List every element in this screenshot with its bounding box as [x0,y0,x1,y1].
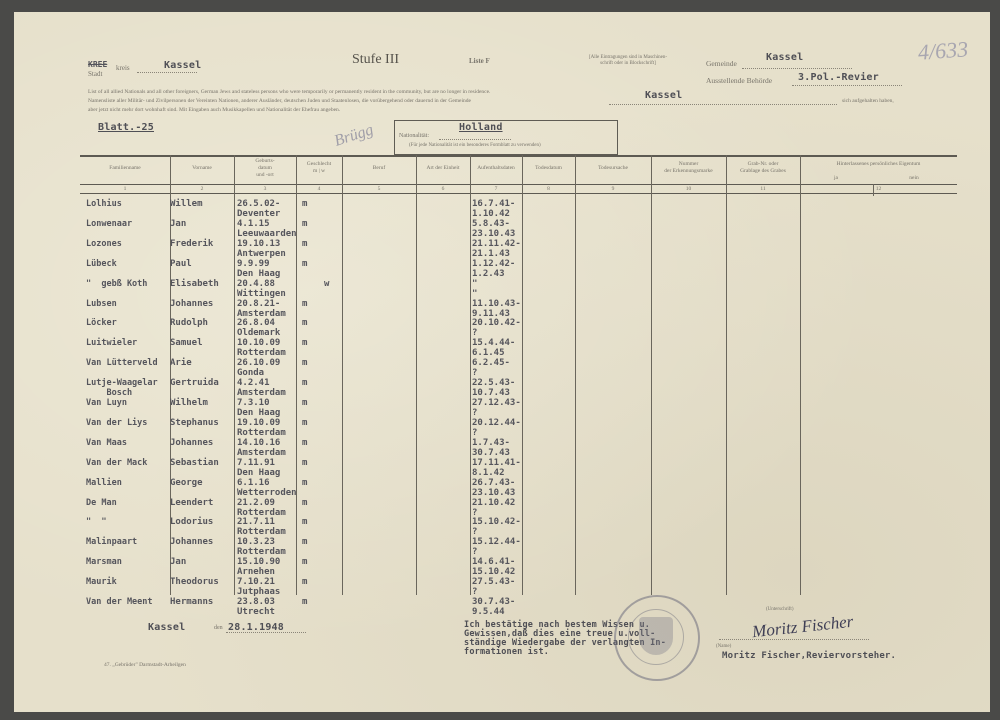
firstname-cell: Frederik [170,239,213,249]
birthdate-cell: 14.10.16 [237,438,280,448]
sex-cell: m [302,378,307,388]
stay-to-cell: ? [472,408,477,418]
col-divider-4 [342,155,343,595]
stay-to-cell: 1.10.42 [472,209,510,219]
birthplace-cell: Wittingen [237,289,286,299]
col-num-6: 6 [416,186,470,193]
birthdate-cell: 21.2.09 [237,498,275,508]
col-divider-8 [575,155,576,595]
intro-line-1: List of all allied Nationals and all oth… [88,89,490,95]
firstname-cell: Arie [170,358,192,368]
firstname-cell: Gertruida [170,378,219,388]
stay-from-cell: 15.12.44- [472,537,521,547]
col-num-3: 3 [234,186,296,193]
col-divider-3 [296,155,297,595]
firstname-cell: Johannes [170,299,213,309]
birthplace-cell: Gonda [237,368,264,378]
surname-cell: Van der Mack [86,458,147,468]
official-stamp [614,595,700,681]
footer-date-label: den [214,625,223,631]
col-num-1: 1 [80,186,170,193]
surname-cell: Malinpaart [86,537,137,547]
birthdate-cell: 7.10.21 [237,577,275,587]
birthdate-cell: 6.1.16 [237,478,270,488]
coat-of-arms-icon [639,617,673,655]
district-kreis-label: kreis [116,64,130,72]
col-divider-7 [522,155,523,595]
stay-to-cell: 21.1.43 [472,249,510,259]
stay-to-cell: 10.7.43 [472,388,510,398]
stay-to-cell: ? [472,587,477,597]
sex-cell: w [324,279,329,289]
firstname-cell: Paul [170,259,192,269]
col-num-2: 2 [170,186,234,193]
intro-dots [609,104,837,105]
col-num-4: 4 [296,186,342,193]
gemeinde-dots [742,68,852,69]
district-prefix: KREE [88,60,107,69]
surname-cell: Van Luyn [86,398,127,408]
stay-from-cell: 17.11.41- [472,458,521,468]
birthplace-cell: Amsterdam [237,309,286,319]
stay-to-cell: 15.10.42 [472,567,515,577]
bracket-note-line-2: schrift oder in Blockschrift] [589,61,667,67]
col-divider-5 [416,155,417,595]
sex-cell: m [302,239,307,249]
footer-date-dots [226,632,306,633]
col-header-tag-number: Nummer der Erkennungsmarke [651,161,726,175]
table-top-border [80,155,957,157]
sex-cell: m [302,358,307,368]
firstname-cell: Johannes [170,537,213,547]
surname-cell: Luitwieler [86,338,137,348]
stay-from-cell: 22.5.43- [472,378,515,388]
signature-label-name: (Name) [716,644,731,649]
intro-line-2: Namensliste aller Militär- und Zivilpers… [88,98,471,104]
surname-cell: Lutje-Waagelar Bosch [86,378,158,398]
sex-cell: m [302,458,307,468]
stay-from-cell: 30.7.43- [472,597,515,607]
firstname-cell: George [170,478,203,488]
birthdate-cell: 26.10.09 [237,358,280,368]
col-divider-2 [234,155,235,595]
stay-from-cell: 20.10.42- [472,318,521,328]
birthdate-cell: 7.11.91 [237,458,275,468]
col-header-property-no: nein [874,175,954,182]
col-header-grave: Grab-Nr. oder Grablage des Grabes [726,161,800,175]
birthplace-cell: Antwerpen [237,249,286,259]
birthdate-cell: 20.4.88 [237,279,275,289]
stay-from-cell: " [472,279,477,289]
col-header-unit: Art der Einheit [416,165,470,172]
birthplace-cell: Rotterdam [237,508,286,518]
district-dots [137,72,197,73]
birthdate-cell: 10.10.09 [237,338,280,348]
sex-cell: m [302,557,307,567]
district-city-label: Stadt [88,70,102,78]
bracket-note: [Alle Eintragungen sind in Maschinen- sc… [589,55,667,67]
handwritten-signature: Moritz Fischer [751,612,854,643]
stay-to-cell: 9.11.43 [472,309,510,319]
stay-to-cell: ? [472,508,477,518]
surname-cell: " gebß Koth [86,279,147,289]
stay-to-cell: ? [472,527,477,537]
col-divider-6 [470,155,471,595]
col-header-sex: Geschlecht m | w [296,161,342,175]
sex-cell: m [302,517,307,527]
birthdate-cell: 10.3.23 [237,537,275,547]
surname-cell: Mallien [86,478,122,488]
signature-label-top: (Unterschrift) [766,607,794,612]
stay-from-cell: 6.2.45- [472,358,510,368]
birthplace-cell: Arnehen [237,567,275,577]
stay-from-cell: 21.11.42- [472,239,521,249]
stay-from-cell: 14.6.41- [472,557,515,567]
sex-cell: m [302,478,307,488]
stay-from-cell: 5.8.43- [472,219,510,229]
sex-cell: m [302,597,307,607]
sex-cell: m [302,338,307,348]
stay-to-cell: " [472,289,477,299]
stay-from-cell: 21.10.42 [472,498,515,508]
surname-cell: Lonwenaar [86,219,132,229]
birthplace-cell: Rotterdam [237,428,286,438]
col-header-death-cause: Todesursache [575,165,651,172]
surname-cell: Van Maas [86,438,127,448]
birthplace-cell: Amsterdam [237,388,286,398]
firstname-cell: Wilhelm [170,398,208,408]
stay-from-cell: 16.7.41- [472,199,515,209]
firstname-cell: Rudolph [170,318,208,328]
col-num-5: 5 [342,186,416,193]
signer-name: Moritz Fischer,Reviervorsteher. [722,651,896,661]
col-header-death-date: Todesdatum [522,165,575,172]
firstname-cell: Willem [170,199,203,209]
birthdate-cell: 26.5.02- [237,199,280,209]
firstname-cell: Jan [170,219,186,229]
birthdate-cell: 9.9.99 [237,259,270,269]
col-divider-10 [726,155,727,595]
printer-note: 47. „Gebrüder" Darmstadt-Arheilgen [104,662,186,668]
birthplace-cell: Wetterroden [237,488,297,498]
stay-from-cell: 20.12.44- [472,418,521,428]
document-page: KREE Stadt kreis Kassel Stufe III Liste … [14,12,990,712]
sex-cell: m [302,537,307,547]
surname-cell: Lolhius [86,199,122,209]
birthplace-cell: Den Haag [237,408,280,418]
stay-to-cell: 30.7.43 [472,448,510,458]
birthdate-cell: 15.10.90 [237,557,280,567]
signature-dots [719,639,869,640]
stay-from-cell: 1.7.43- [472,438,510,448]
intro-line-2-end: sich aufgehalten haben, [842,98,894,104]
page-title: Stufe III [352,52,399,68]
birthdate-cell: 19.10.09 [237,418,280,428]
pencil-note: Brügg [332,121,376,150]
col-header-firstname: Vorname [170,165,234,172]
behoerde-value: 3.Pol.-Revier [798,72,879,83]
firstname-cell: Stephanus [170,418,219,428]
col-header-profession: Beruf [342,165,416,172]
firstname-cell: Johannes [170,438,213,448]
table-header-divider [80,184,957,185]
nationality-label: Nationalität: [399,133,429,139]
col-header-property: Hinterlassenes persönliches Eigentum [800,161,957,168]
birthplace-cell: Deventer [237,209,280,219]
sex-cell: m [302,438,307,448]
stay-to-cell: 23.10.43 [472,229,515,239]
stay-from-cell: 27.12.43- [472,398,521,408]
stay-from-cell: 1.12.42- [472,259,515,269]
surname-cell: Maurik [86,577,117,587]
birthplace-cell: Utrecht [237,607,275,617]
sex-cell: m [302,318,307,328]
sex-cell: m [302,577,307,587]
stay-to-cell: 8.1.42 [472,468,505,478]
firstname-cell: Theodorus [170,577,219,587]
sex-cell: m [302,199,307,209]
birthdate-cell: 23.8.03 [237,597,275,607]
col-header-property-yes: ja [800,175,872,182]
stay-from-cell: 11.10.43- [472,299,521,309]
blatt-number: Blatt.-25 [98,122,154,133]
firstname-cell: Jan [170,557,186,567]
surname-cell: Van der Meent [86,597,153,607]
nationality-dots [439,139,511,140]
surname-cell: Van Lütterveld [86,358,158,368]
table-header-bottom [80,193,957,194]
stay-to-cell: ? [472,547,477,557]
firstname-cell: Sebastian [170,458,219,468]
col-header-birth: Geburts- datum und -ort [234,158,296,179]
sex-cell: m [302,418,307,428]
birthplace-cell: Oldemark [237,328,280,338]
intro-line-3: aber jetzt nicht mehr dort wohnhaft sind… [88,107,340,113]
sex-cell: m [302,299,307,309]
stay-to-cell: 1.2.43 [472,269,505,279]
col-num-10: 10 [651,186,726,193]
stay-to-cell: ? [472,328,477,338]
col-header-surname: Familienname [80,165,170,172]
surname-cell: Lozones [86,239,122,249]
surname-cell: Lubsen [86,299,117,309]
district-value: Kassel [164,60,201,71]
col-num-7: 7 [470,186,522,193]
surname-cell: " " [86,517,106,527]
stay-to-cell: 9.5.44 [472,607,505,617]
birthplace-cell: Den Haag [237,269,280,279]
surname-cell: Löcker [86,318,117,328]
firstname-cell: Lodorius [170,517,213,527]
sex-cell: m [302,398,307,408]
stay-from-cell: 27.5.43- [472,577,515,587]
firstname-cell: Elisabeth [170,279,219,289]
birthdate-cell: 21.7.11 [237,517,275,527]
birthdate-cell: 19.10.13 [237,239,280,249]
col-num-11: 11 [726,186,800,193]
birthplace-cell: Rotterdam [237,348,286,358]
birthplace-cell: Amsterdam [237,448,286,458]
birthdate-cell: 7.3.10 [237,398,270,408]
intro-line-2-value: Kassel [645,90,682,101]
surname-cell: Marsman [86,557,122,567]
birthdate-cell: 26.8.04 [237,318,275,328]
stay-to-cell: ? [472,368,477,378]
birthdate-cell: 4.2.41 [237,378,270,388]
stay-from-cell: 15.4.44- [472,338,515,348]
gemeinde-label: Gemeinde [706,59,737,68]
footer-place: Kassel [148,622,185,633]
col-divider-11 [800,155,801,595]
firstname-cell: Leendert [170,498,213,508]
birthplace-cell: Den Haag [237,468,280,478]
sex-cell: m [302,259,307,269]
stay-to-cell: 23.10.43 [472,488,515,498]
birthplace-cell: Leeuwaarden [237,229,297,239]
stay-to-cell: ? [472,428,477,438]
col-header-stay: Aufenthaltsdaten [470,165,522,172]
stay-from-cell: 26.7.43- [472,478,515,488]
sex-cell: m [302,498,307,508]
birthplace-cell: Rotterdam [237,547,286,557]
nationality-value: Holland [459,122,503,133]
col-divider-9 [651,155,652,595]
list-label: Liste F [469,57,490,65]
behoerde-dots [792,85,902,86]
surname-cell: Lübeck [86,259,117,269]
birthdate-cell: 4.1.15 [237,219,270,229]
col-num-12: 12 [800,186,957,193]
gemeinde-value: Kassel [766,52,803,63]
firstname-cell: Samuel [170,338,203,348]
birthdate-cell: 20.8.21- [237,299,280,309]
nationality-note: (Für jede Nationalität ist ein besondere… [409,143,541,148]
stay-from-cell: 15.10.42- [472,517,521,527]
firstname-cell: Hermanns [170,597,213,607]
sex-cell: m [302,219,307,229]
birthplace-cell: Rotterdam [237,527,286,537]
stay-to-cell: 6.1.45 [472,348,505,358]
surname-cell: Van der Liys [86,418,147,428]
surname-cell: De Man [86,498,117,508]
col-num-9: 9 [575,186,651,193]
behoerde-label: Ausstellende Behörde [706,76,772,85]
archive-number: 4/633 [917,36,969,65]
birthplace-cell: Jutphaas [237,587,280,597]
col-num-8: 8 [522,186,575,193]
